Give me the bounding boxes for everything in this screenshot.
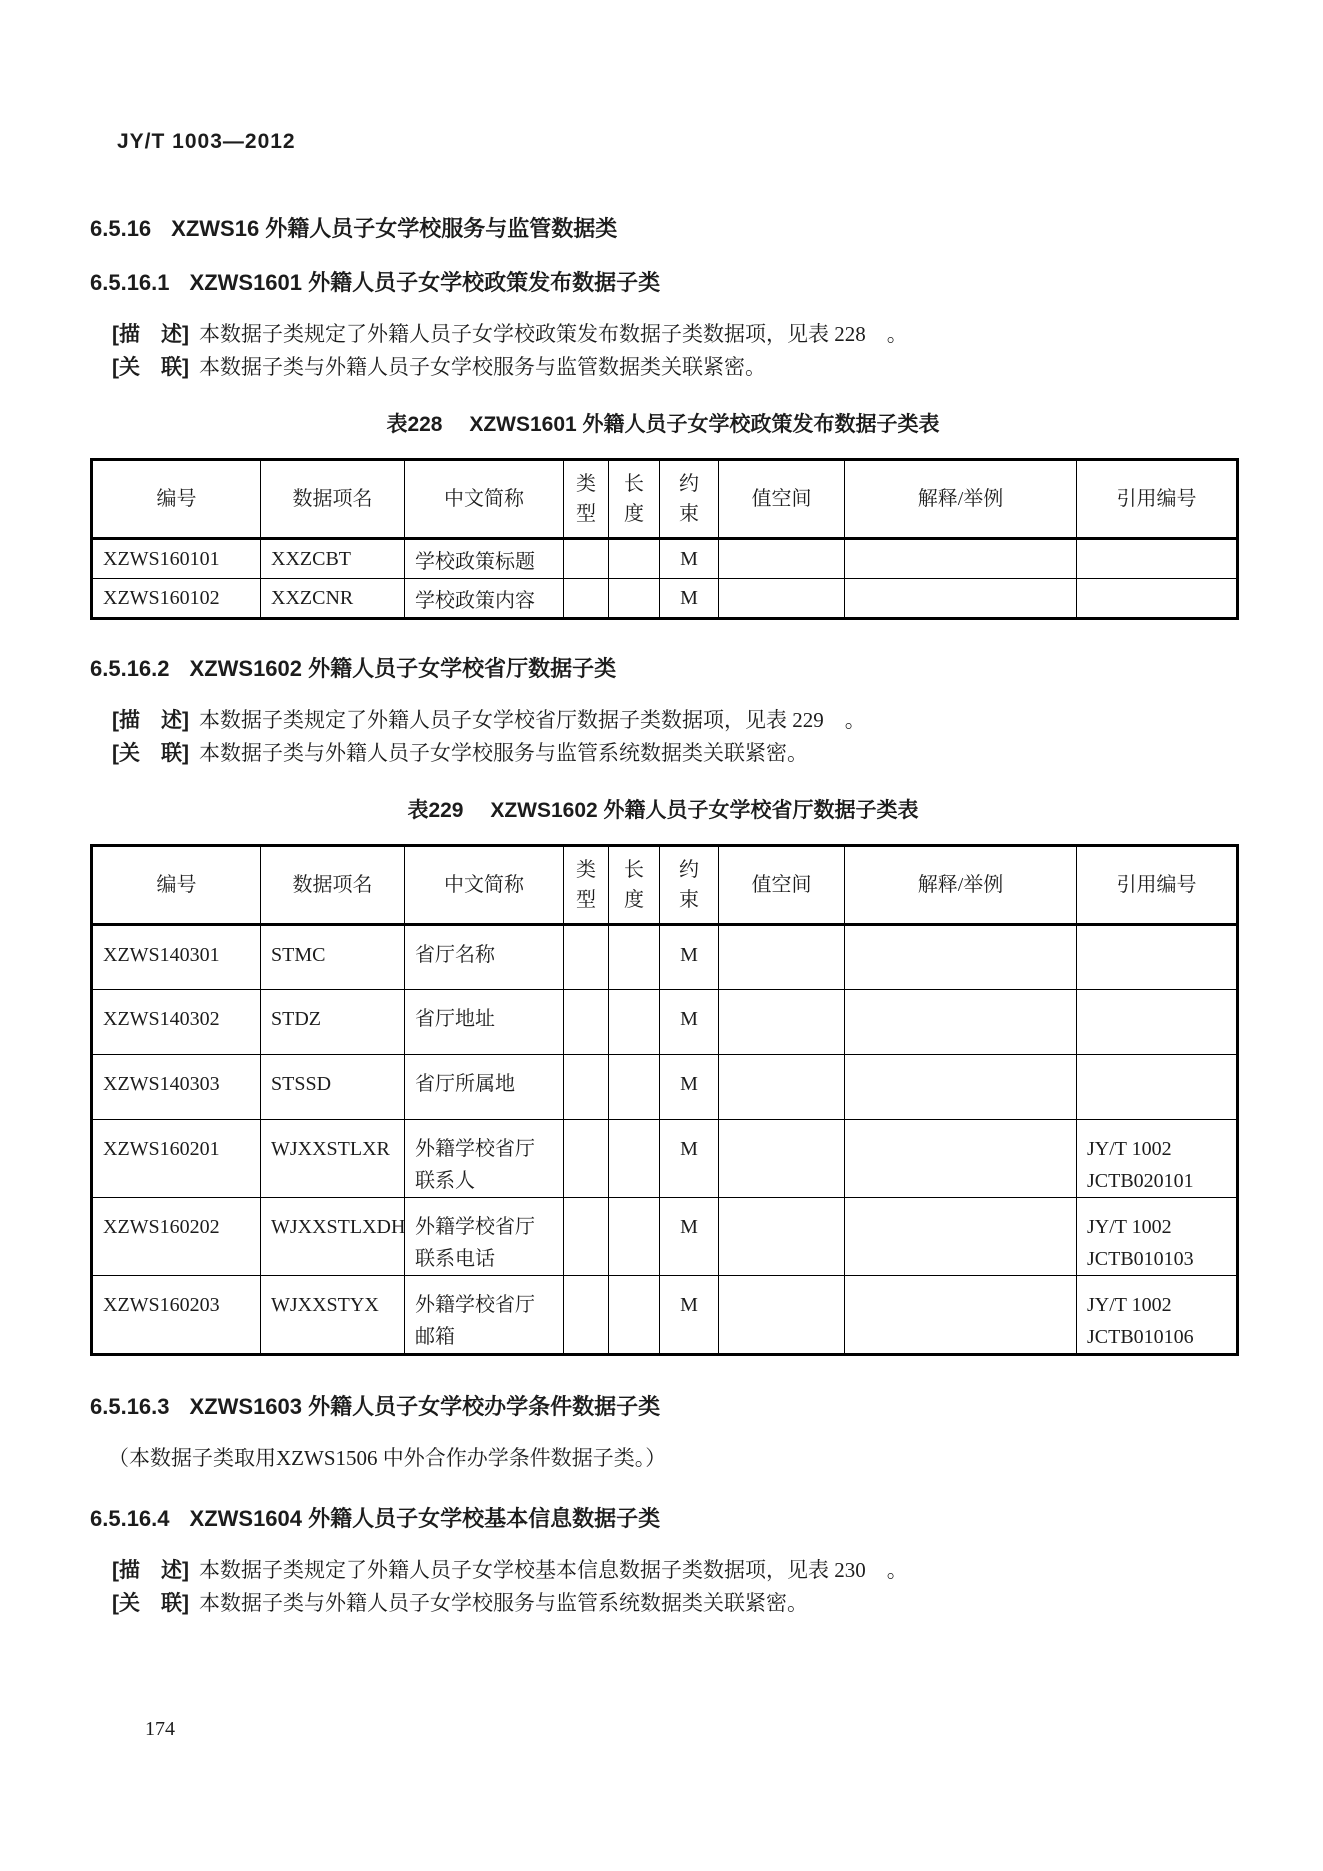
cell-length	[609, 1055, 660, 1120]
relation-line: [关 联]本数据子类与外籍人员子女学校服务与监管系统数据类关联紧密。	[90, 1587, 1236, 1620]
section-6-5-16-3-note: （本数据子类取用XZWS1506 中外合作办学条件数据子类。）	[90, 1442, 1236, 1474]
cell-ref-id	[1077, 925, 1238, 990]
col-header-id: 编号	[92, 460, 261, 539]
section-title: XZWS1602 外籍人员子女学校省厅数据子类	[190, 656, 617, 681]
cell-explanation	[845, 1276, 1077, 1355]
cell-value-space	[719, 579, 845, 619]
cell-type	[564, 990, 609, 1055]
cell-type	[564, 579, 609, 619]
cell-explanation	[845, 925, 1077, 990]
cell-cn-name: 省厅所属地	[405, 1055, 564, 1120]
section-number: 6.5.16.2	[90, 656, 170, 681]
cell-ref-id	[1077, 579, 1238, 619]
cell-ref-id	[1077, 990, 1238, 1055]
section-title: XZWS1603 外籍人员子女学校办学条件数据子类	[190, 1394, 661, 1419]
cell-value-space	[719, 1276, 845, 1355]
cell-constraint: M	[660, 1276, 719, 1355]
cell-type	[564, 1120, 609, 1198]
cell-cn-name: 学校政策标题	[405, 539, 564, 579]
cell-length	[609, 1276, 660, 1355]
section-6-5-16-1-body: [描 述]本数据子类规定了外籍人员子女学校政策发布数据子类数据项，见表 228 …	[90, 318, 1236, 384]
cell-value-space	[719, 539, 845, 579]
cell-constraint: M	[660, 1055, 719, 1120]
cell-explanation	[845, 1120, 1077, 1198]
description-label: [描 述]	[112, 709, 189, 732]
relation-text: 本数据子类与外籍人员子女学校服务与监管系统数据类关联紧密。	[199, 1591, 808, 1615]
page-number: 174	[145, 1718, 175, 1741]
cell-explanation	[845, 539, 1077, 579]
cell-explanation	[845, 1198, 1077, 1276]
col-header-item-name: 数据项名	[261, 846, 405, 925]
col-header-ref-id: 引用编号	[1077, 460, 1238, 539]
cell-value-space	[719, 1198, 845, 1276]
cell-type	[564, 1198, 609, 1276]
cell-length	[609, 539, 660, 579]
col-header-type: 类 型	[564, 846, 609, 925]
section-title: XZWS1604 外籍人员子女学校基本信息数据子类	[190, 1506, 661, 1531]
cell-ref-id: JY/T 1002 JCTB010103	[1077, 1198, 1238, 1276]
section-6-5-16-4-heading: 6.5.16.4XZWS1604 外籍人员子女学校基本信息数据子类	[90, 1504, 1236, 1534]
table-row: XZWS140303 STSSD 省厅所属地 M	[92, 1055, 1238, 1120]
header-row: 编号 数据项名 中文简称 类 型 长 度 约 束 值空间 解释/举例 引用编号	[92, 846, 1238, 925]
cell-item-name: STMC	[261, 925, 405, 990]
cell-constraint: M	[660, 539, 719, 579]
cell-id: XZWS140302	[92, 990, 261, 1055]
col-header-explanation: 解释/举例	[845, 460, 1077, 539]
cell-id: XZWS160201	[92, 1120, 261, 1198]
description-line: [描 述]本数据子类规定了外籍人员子女学校基本信息数据子类数据项，见表 230 …	[90, 1554, 1236, 1587]
cell-id: XZWS140303	[92, 1055, 261, 1120]
relation-line: [关 联]本数据子类与外籍人员子女学校服务与监管数据类关联紧密。	[90, 351, 1236, 384]
cell-type	[564, 1276, 609, 1355]
section-number: 6.5.16.4	[90, 1506, 170, 1531]
section-title: XZWS1601 外籍人员子女学校政策发布数据子类	[190, 270, 661, 295]
col-header-constraint: 约 束	[660, 846, 719, 925]
col-header-length: 长 度	[609, 846, 660, 925]
col-header-value-space: 值空间	[719, 846, 845, 925]
relation-line: [关 联]本数据子类与外籍人员子女学校服务与监管系统数据类关联紧密。	[90, 737, 1236, 770]
description-text: 本数据子类规定了外籍人员子女学校基本信息数据子类数据项，见表 230 。	[199, 1558, 908, 1582]
cell-length	[609, 1198, 660, 1276]
cell-cn-name: 外籍学校省厅 联系电话	[405, 1198, 564, 1276]
cell-id: XZWS160202	[92, 1198, 261, 1276]
relation-label: [关 联]	[112, 1592, 189, 1615]
relation-label: [关 联]	[112, 356, 189, 379]
cell-constraint: M	[660, 990, 719, 1055]
cell-id: XZWS140301	[92, 925, 261, 990]
cell-constraint: M	[660, 925, 719, 990]
cell-length	[609, 579, 660, 619]
col-header-value-space: 值空间	[719, 460, 845, 539]
section-6-5-16-heading: 6.5.16XZWS16 外籍人员子女学校服务与监管数据类	[90, 214, 1236, 244]
section-number: 6.5.16.1	[90, 270, 170, 295]
section-number: 6.5.16.3	[90, 1394, 170, 1419]
header-row: 编号 数据项名 中文简称 类 型 长 度 约 束 值空间 解释/举例 引用编号	[92, 460, 1238, 539]
cell-ref-id: JY/T 1002 JCTB020101	[1077, 1120, 1238, 1198]
cell-ref-id: JY/T 1002 JCTB010106	[1077, 1276, 1238, 1355]
section-title: XZWS16 外籍人员子女学校服务与监管数据类	[171, 216, 617, 241]
description-line: [描 述]本数据子类规定了外籍人员子女学校政策发布数据子类数据项，见表 228 …	[90, 318, 1236, 351]
cell-cn-name: 学校政策内容	[405, 579, 564, 619]
cell-item-name: WJXXSTLXDH	[261, 1198, 405, 1276]
section-6-5-16-1-heading: 6.5.16.1XZWS1601 外籍人员子女学校政策发布数据子类	[90, 268, 1236, 298]
table-row: XZWS160201 WJXXSTLXR 外籍学校省厅 联系人 M JY/T 1…	[92, 1120, 1238, 1198]
cell-type	[564, 925, 609, 990]
cell-id: XZWS160203	[92, 1276, 261, 1355]
table-228: 编号 数据项名 中文简称 类 型 长 度 约 束 值空间 解释/举例 引用编号 …	[90, 458, 1239, 620]
table-row: XZWS140302 STDZ 省厅地址 M	[92, 990, 1238, 1055]
cell-cn-name: 省厅地址	[405, 990, 564, 1055]
table-229-caption: 表229 XZWS1602 外籍人员子女学校省厅数据子类表	[90, 794, 1236, 824]
section-6-5-16-2-heading: 6.5.16.2XZWS1602 外籍人员子女学校省厅数据子类	[90, 654, 1236, 684]
table-row: XZWS160203 WJXXSTYX 外籍学校省厅 邮箱 M JY/T 100…	[92, 1276, 1238, 1355]
cell-item-name: WJXXSTYX	[261, 1276, 405, 1355]
cell-cn-name: 外籍学校省厅 邮箱	[405, 1276, 564, 1355]
cell-length	[609, 925, 660, 990]
cell-constraint: M	[660, 1120, 719, 1198]
cell-item-name: STSSD	[261, 1055, 405, 1120]
table-228-caption: 表228 XZWS1601 外籍人员子女学校政策发布数据子类表	[90, 408, 1236, 438]
cell-value-space	[719, 1120, 845, 1198]
cell-item-name: WJXXSTLXR	[261, 1120, 405, 1198]
cell-value-space	[719, 925, 845, 990]
cell-item-name: XXZCNR	[261, 579, 405, 619]
section-number: 6.5.16	[90, 216, 151, 241]
cell-length	[609, 1120, 660, 1198]
col-header-type: 类 型	[564, 460, 609, 539]
cell-constraint: M	[660, 579, 719, 619]
cell-explanation	[845, 579, 1077, 619]
description-text: 本数据子类规定了外籍人员子女学校省厅数据子类数据项，见表 229 。	[199, 708, 866, 732]
cell-explanation	[845, 1055, 1077, 1120]
cell-value-space	[719, 1055, 845, 1120]
cell-ref-id	[1077, 539, 1238, 579]
cell-type	[564, 539, 609, 579]
table-row: XZWS160101 XXZCBT 学校政策标题 M	[92, 539, 1238, 579]
table-229: 编号 数据项名 中文简称 类 型 长 度 约 束 值空间 解释/举例 引用编号 …	[90, 844, 1239, 1356]
cell-cn-name: 省厅名称	[405, 925, 564, 990]
col-header-id: 编号	[92, 846, 261, 925]
cell-item-name: STDZ	[261, 990, 405, 1055]
col-header-constraint: 约 束	[660, 460, 719, 539]
col-header-explanation: 解释/举例	[845, 846, 1077, 925]
cell-explanation	[845, 990, 1077, 1055]
relation-label: [关 联]	[112, 742, 189, 765]
cell-item-name: XXZCBT	[261, 539, 405, 579]
cell-value-space	[719, 990, 845, 1055]
description-label: [描 述]	[112, 323, 189, 346]
cell-length	[609, 990, 660, 1055]
section-6-5-16-4-body: [描 述]本数据子类规定了外籍人员子女学校基本信息数据子类数据项，见表 230 …	[90, 1554, 1236, 1620]
document-page: JY/T 1003—2012 6.5.16XZWS16 外籍人员子女学校服务与监…	[0, 0, 1323, 1871]
col-header-item-name: 数据项名	[261, 460, 405, 539]
relation-text: 本数据子类与外籍人员子女学校服务与监管系统数据类关联紧密。	[199, 741, 808, 765]
col-header-ref-id: 引用编号	[1077, 846, 1238, 925]
table-row: XZWS140301 STMC 省厅名称 M	[92, 925, 1238, 990]
table-row: XZWS160102 XXZCNR 学校政策内容 M	[92, 579, 1238, 619]
cell-id: XZWS160102	[92, 579, 261, 619]
col-header-length: 长 度	[609, 460, 660, 539]
cell-type	[564, 1055, 609, 1120]
description-label: [描 述]	[112, 1559, 189, 1582]
cell-id: XZWS160101	[92, 539, 261, 579]
doc-code: JY/T 1003—2012	[117, 130, 1236, 154]
description-text: 本数据子类规定了外籍人员子女学校政策发布数据子类数据项，见表 228 。	[199, 322, 908, 346]
section-6-5-16-2-body: [描 述]本数据子类规定了外籍人员子女学校省厅数据子类数据项，见表 229 。 …	[90, 704, 1236, 770]
section-6-5-16-3-heading: 6.5.16.3XZWS1603 外籍人员子女学校办学条件数据子类	[90, 1392, 1236, 1422]
cell-ref-id	[1077, 1055, 1238, 1120]
cell-constraint: M	[660, 1198, 719, 1276]
col-header-cn-name: 中文简称	[405, 846, 564, 925]
col-header-cn-name: 中文简称	[405, 460, 564, 539]
relation-text: 本数据子类与外籍人员子女学校服务与监管数据类关联紧密。	[199, 355, 766, 379]
cell-cn-name: 外籍学校省厅 联系人	[405, 1120, 564, 1198]
table-row: XZWS160202 WJXXSTLXDH 外籍学校省厅 联系电话 M JY/T…	[92, 1198, 1238, 1276]
description-line: [描 述]本数据子类规定了外籍人员子女学校省厅数据子类数据项，见表 229 。	[90, 704, 1236, 737]
